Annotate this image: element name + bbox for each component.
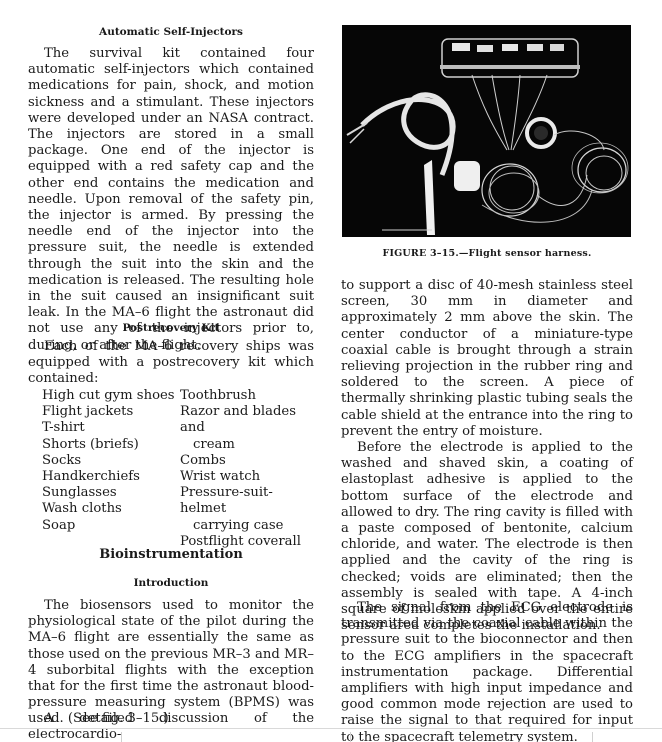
kit-list-left: High cut gym shoes Flight jackets T-shir… [42, 388, 175, 534]
page-tick-mark [350, 732, 351, 742]
list-item: Handkerchiefs [42, 469, 175, 485]
list-item: T-shirt [42, 420, 175, 436]
paragraph-self-injectors: The survival kit contained four automati… [28, 46, 314, 354]
page-bottom-divider [0, 728, 662, 729]
list-item-line2: cream [180, 437, 314, 453]
heading-bioinstrumentation: Bioinstrumentation [28, 547, 314, 563]
list-item-line1: Pressure-suit-helmet [180, 485, 273, 516]
sensor-harness-photo-icon [342, 25, 631, 237]
heading-postrecovery-kit: Postrecovery Kit [28, 320, 314, 336]
heading-automatic-self-injectors: Automatic Self-Injectors [28, 24, 314, 40]
figure-caption: FIGURE 3–15.—Flight sensor harness. [341, 248, 633, 259]
list-item: Sunglasses [42, 485, 175, 501]
heading-introduction: Introduction [28, 575, 314, 591]
paragraph-ecg-signal: The signal from the ECG electrode is tra… [341, 600, 633, 742]
page-tick-mark [592, 732, 593, 742]
paragraph-electrocardio: A detailed discussion of the electrocard… [28, 711, 314, 742]
list-item: Pressure-suit-helmet carrying case [180, 485, 314, 534]
list-item-line2: carrying case [180, 518, 314, 534]
paragraph-postrecovery-kit: Each of the MA–6 recovery ships was equi… [28, 339, 314, 388]
list-item-line1: Razor and blades and [180, 404, 296, 435]
list-item: Flight jackets [42, 404, 175, 420]
list-item: Razor and blades and cream [180, 404, 314, 453]
list-item: High cut gym shoes [42, 388, 175, 404]
paragraph-support-disc: to support a disc of 40-mesh stainless s… [341, 278, 633, 440]
list-item: Wrist watch [180, 469, 314, 485]
list-item: Shorts (briefs) [42, 437, 175, 453]
list-item: Combs [180, 453, 314, 469]
list-item: Socks [42, 453, 175, 469]
page-tick-mark [121, 732, 122, 742]
list-item: Wash cloths [42, 501, 175, 517]
figure-flight-sensor-harness [342, 25, 631, 237]
kit-list-right: Toothbrush Razor and blades and cream Co… [180, 388, 314, 550]
list-item: Toothbrush [180, 388, 314, 404]
list-item: Soap [42, 518, 175, 534]
paragraph-biosensors: The biosensors used to monitor the physi… [28, 598, 314, 728]
